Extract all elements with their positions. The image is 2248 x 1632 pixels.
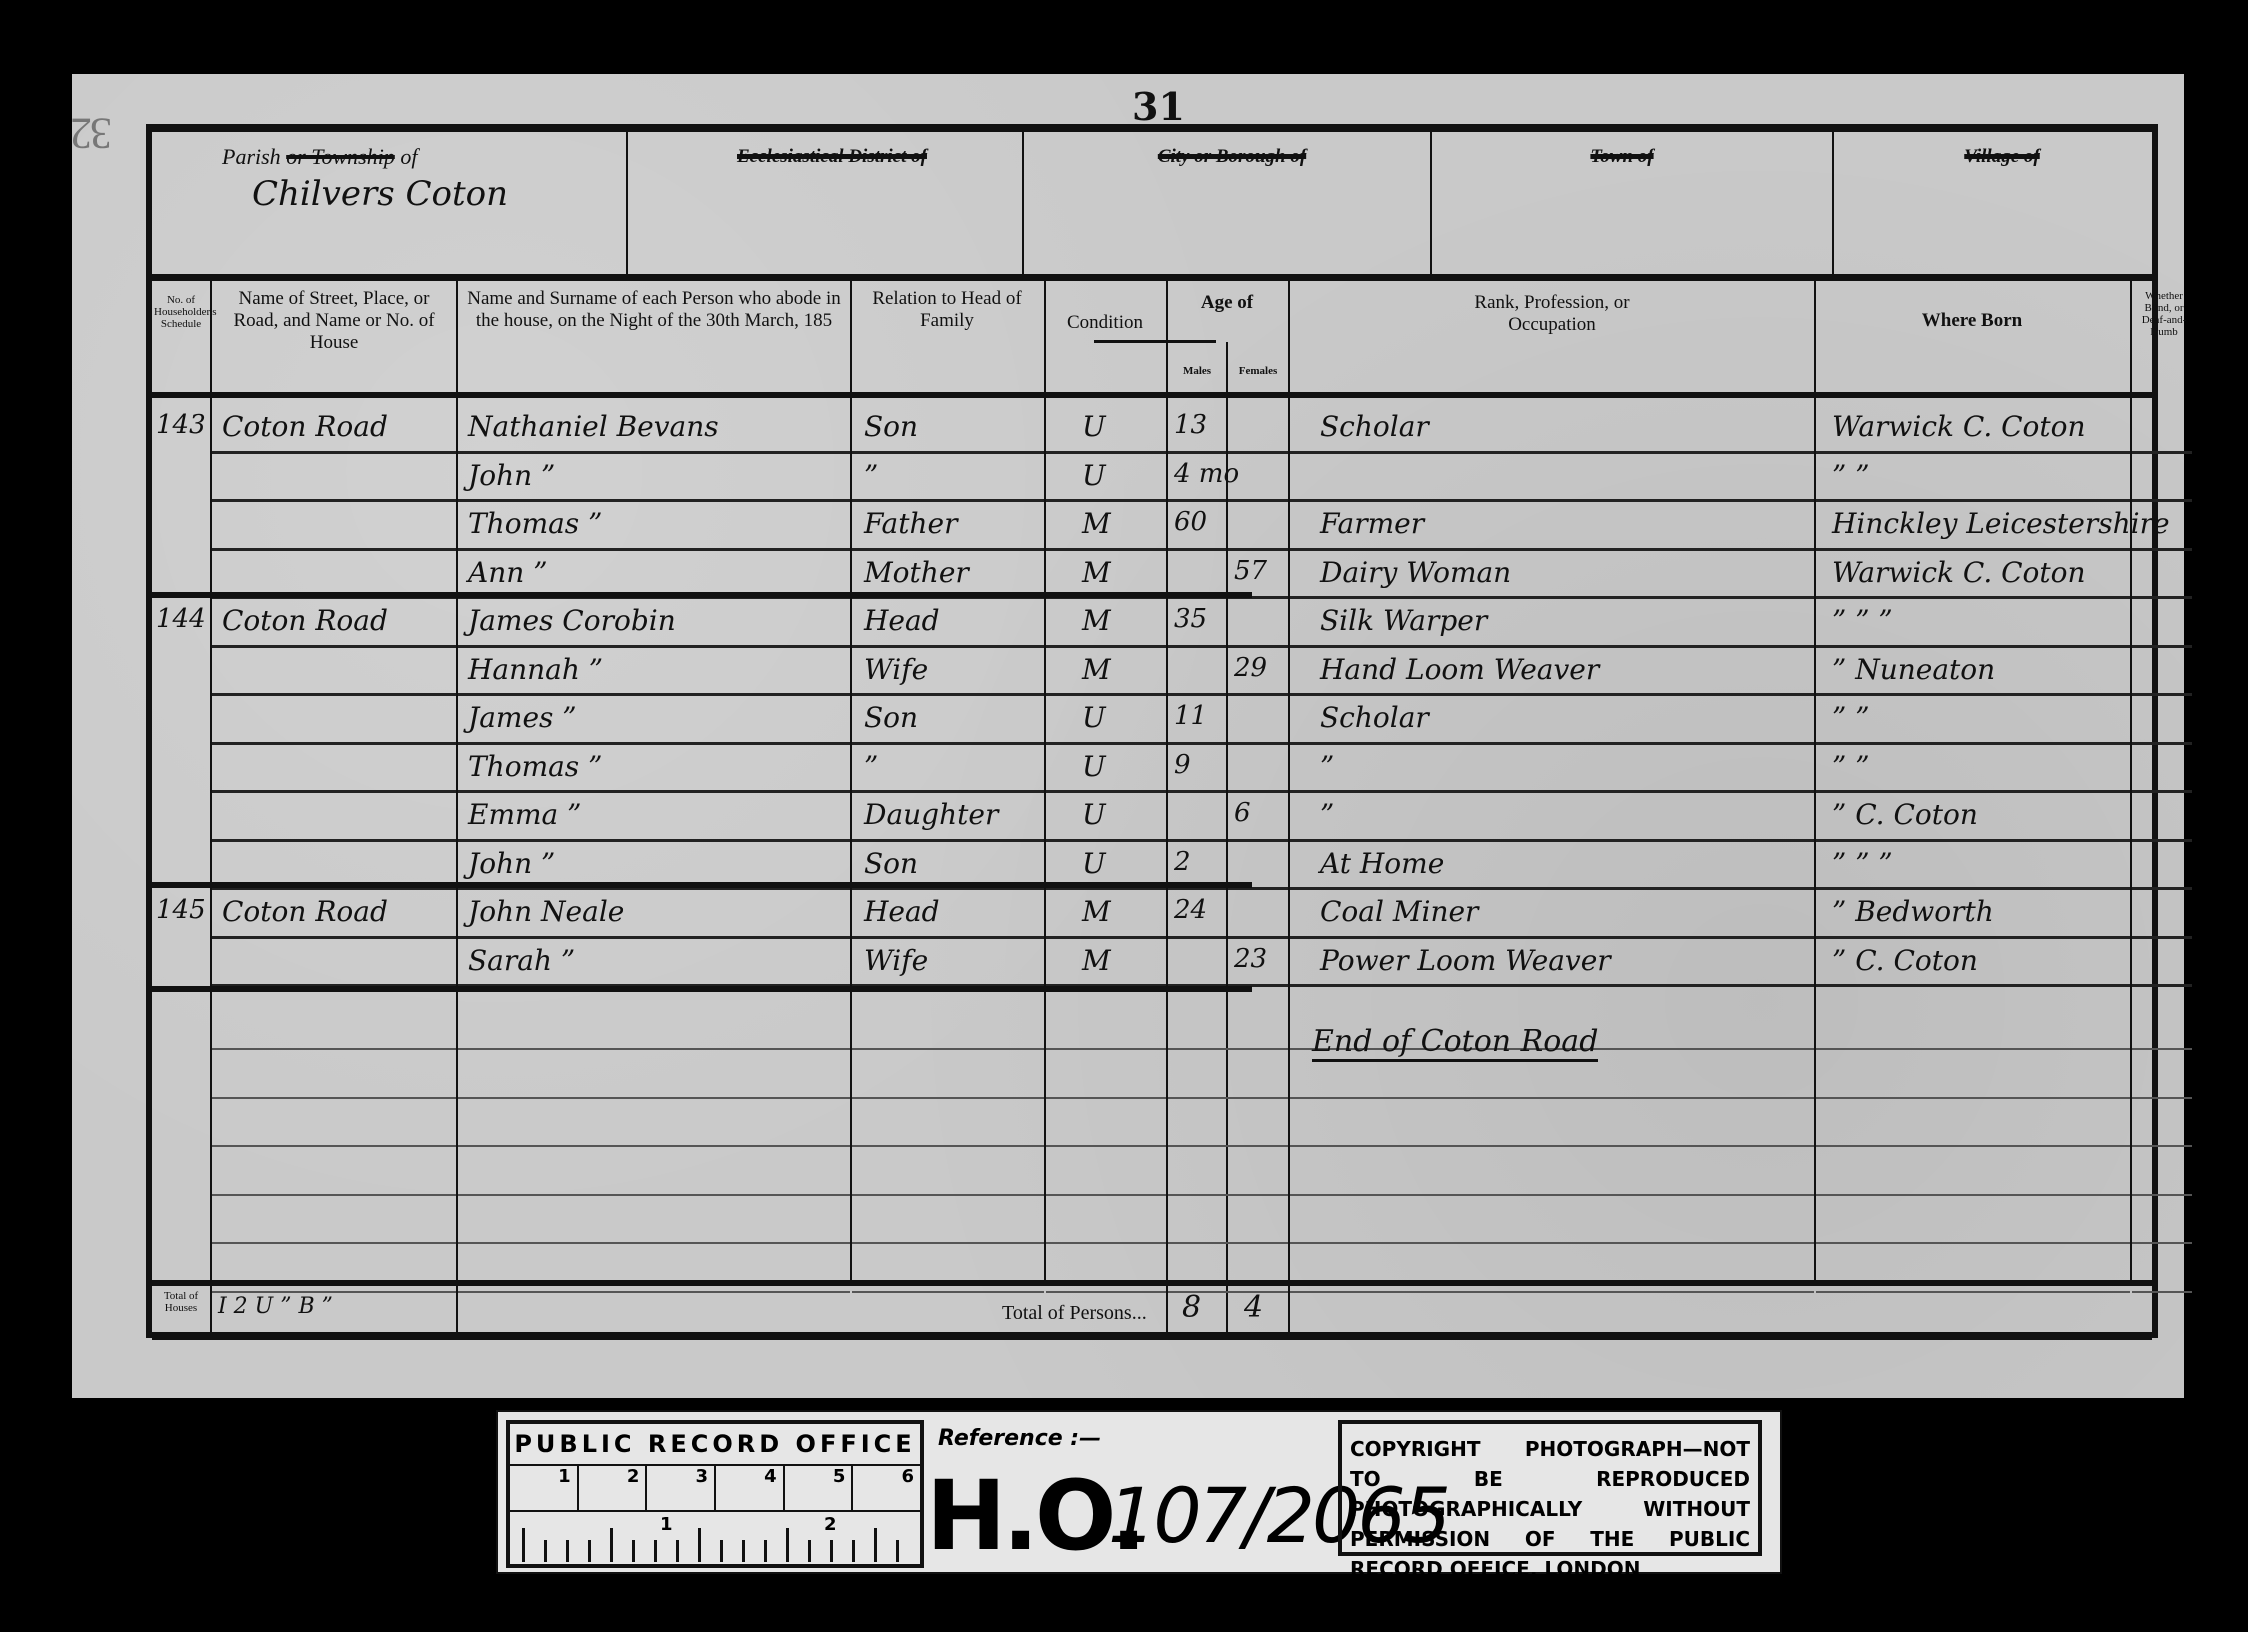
cell-condition: M (1082, 507, 1111, 540)
inch-label-2: 2 (824, 1514, 837, 1535)
ruler-tick (654, 1540, 657, 1562)
cell-occupation: At Home (1320, 847, 1444, 880)
cell-schedule: 144 (156, 604, 206, 634)
cell-relation: Father (864, 507, 957, 540)
scale-cm-6: 6 (853, 1466, 920, 1510)
cell-age-m: 35 (1174, 604, 1207, 634)
cell-name: Emma ” (468, 798, 581, 831)
cell-occupation: ” (1320, 798, 1334, 831)
inch-ticks: 1 2 (510, 1512, 920, 1562)
cell-name: Ann ” (468, 556, 548, 589)
cell-age-m: 4 mo (1174, 459, 1239, 489)
ruler-tick (632, 1540, 635, 1562)
cell-age-m: 11 (1174, 701, 1207, 731)
folio-number: 31 (1132, 84, 1185, 129)
cell-name: John Neale (468, 895, 624, 928)
cell-born: Warwick C. Coton (1832, 410, 2086, 443)
ruler-tick (544, 1540, 547, 1562)
cell-address: Coton Road (222, 895, 388, 928)
end-of-road-note: End of Coton Road (1312, 1024, 1598, 1062)
cell-born: ” ” (1832, 750, 1870, 783)
cell-condition: M (1082, 556, 1111, 589)
cell-occupation: Power Loom Weaver (1320, 944, 1611, 977)
cell-born: ” Bedworth (1832, 895, 1994, 928)
office-title: PUBLIC RECORD OFFICE (510, 1424, 920, 1466)
cell-condition: U (1082, 847, 1106, 880)
col-age-females: Females (1228, 360, 1288, 382)
cell-age-m: 24 (1174, 895, 1207, 925)
cell-condition: M (1082, 895, 1111, 928)
cell-occupation: Hand Loom Weaver (1320, 653, 1599, 686)
cell-name: James Corobin (468, 604, 676, 637)
scale-cm-5: 5 (785, 1466, 854, 1510)
cell-occupation: Scholar (1320, 410, 1429, 443)
ruler-tick (764, 1540, 767, 1562)
cell-age-f: 6 (1234, 798, 1251, 828)
ruler-tick (852, 1540, 855, 1562)
cell-condition: M (1082, 944, 1111, 977)
total-houses-label: Total of Houses (154, 1290, 208, 1314)
public-record-office-label: PUBLIC RECORD OFFICE 1 2 3 4 5 6 1 2 Ref… (496, 1410, 1782, 1574)
cell-age-m: 2 (1174, 847, 1191, 877)
cell-occupation: Farmer (1320, 507, 1424, 540)
cell-born: ” C. Coton (1832, 944, 1978, 977)
scale-ruler: PUBLIC RECORD OFFICE 1 2 3 4 5 6 1 2 (506, 1420, 924, 1568)
cell-condition: U (1082, 410, 1106, 443)
cell-name: John ” (468, 459, 555, 492)
ruler-tick (896, 1540, 899, 1562)
ruler-tick (742, 1540, 745, 1562)
cell-relation: Mother (864, 556, 969, 589)
cell-born: Warwick C. Coton (1832, 556, 2086, 589)
reference-label: Reference :— (938, 1426, 1101, 1451)
ruler-tick (720, 1540, 723, 1562)
cell-relation: Head (864, 895, 940, 928)
cell-born: ” ” (1832, 459, 1870, 492)
cell-condition: U (1082, 701, 1106, 734)
cell-born: Hinckley Leicestershire (1832, 507, 2170, 540)
cell-age-m: 9 (1174, 750, 1191, 780)
cell-address: Coton Road (222, 410, 388, 443)
ruler-tick (566, 1540, 569, 1562)
col-name: Name and Surname of each Person who abod… (462, 288, 846, 332)
ruler-tick (786, 1528, 789, 1562)
village-box: Village of (1932, 146, 2072, 168)
cell-occupation: Coal Miner (1320, 895, 1478, 928)
ruler-tick (610, 1528, 613, 1562)
cell-relation: ” (864, 750, 878, 783)
census-page: 32 31 Parish or Township of Chilvers Cot… (72, 74, 2184, 1398)
stamped-page-number: 32 (72, 108, 112, 159)
cell-born: ” Nuneaton (1832, 653, 1995, 686)
cell-name: Hannah ” (468, 653, 603, 686)
cell-schedule: 143 (156, 410, 206, 440)
cell-name: James ” (468, 701, 577, 734)
cell-age-f: 23 (1234, 944, 1267, 974)
cell-born: ” ” ” (1832, 847, 1893, 880)
cell-condition: M (1082, 604, 1111, 637)
col-schedule-no: No. of Householder's Schedule (154, 294, 208, 330)
ruler-tick (698, 1528, 701, 1562)
cell-name: Sarah ” (468, 944, 575, 977)
census-form: Parish or Township of Chilvers Coton Ecc… (146, 124, 2158, 1338)
town-box: Town of (1552, 146, 1692, 168)
cell-condition: U (1082, 459, 1106, 492)
scale-cm-1: 1 (510, 1466, 579, 1510)
ruler-tick (808, 1540, 811, 1562)
cell-name: Nathaniel Bevans (468, 410, 719, 443)
cell-schedule: 145 (156, 895, 206, 925)
cell-address: Coton Road (222, 604, 388, 637)
cell-age-m: 60 (1174, 507, 1207, 537)
scale-cm-3: 3 (647, 1466, 716, 1510)
cell-condition: M (1082, 653, 1111, 686)
cell-age-m: 13 (1174, 410, 1207, 440)
col-address: Name of Street, Place, or Road, and Name… (218, 288, 450, 354)
cell-condition: U (1082, 750, 1106, 783)
parish-box: Parish or Township of (222, 146, 522, 170)
cell-born: ” C. Coton (1832, 798, 1978, 831)
col-where-born: Where Born (1822, 310, 2122, 332)
cell-name: John ” (468, 847, 555, 880)
col-blind-deaf: Whether Blind, or Deaf-and-Dumb (2134, 290, 2194, 338)
city-borough-box: City or Borough of (1102, 146, 1362, 168)
col-occupation: Rank, Profession, or Occupation (1442, 292, 1662, 336)
cell-name: Thomas ” (468, 750, 602, 783)
cell-name: Thomas ” (468, 507, 602, 540)
copyright-notice: COPYRIGHT PHOTOGRAPH—NOT TO BE REPRODUCE… (1338, 1420, 1762, 1556)
cell-relation: ” (864, 459, 878, 492)
scale-cm-4: 4 (716, 1466, 785, 1510)
ruler-tick (676, 1540, 679, 1562)
ruler-tick (874, 1528, 877, 1562)
cell-occupation: Scholar (1320, 701, 1429, 734)
cell-occupation: Dairy Woman (1320, 556, 1511, 589)
col-condition: Condition (1046, 312, 1164, 334)
cell-occupation: ” (1320, 750, 1334, 783)
cell-condition: U (1082, 798, 1106, 831)
cell-relation: Son (864, 410, 918, 443)
total-persons-label: Total of Persons... (1002, 1302, 1147, 1325)
inch-label-1: 1 (660, 1514, 673, 1535)
total-females: 4 (1244, 1290, 1263, 1325)
ruler-tick (588, 1540, 591, 1562)
col-age-males: Males (1168, 360, 1226, 382)
cell-born: ” ” (1832, 701, 1870, 734)
cell-born: ” ” ” (1832, 604, 1893, 637)
cell-age-f: 29 (1234, 653, 1267, 683)
cell-relation: Wife (864, 944, 928, 977)
cell-relation: Head (864, 604, 940, 637)
parish-value: Chilvers Coton (252, 174, 508, 214)
ecclesiastical-district-box: Ecclesiastical District of (692, 146, 972, 168)
col-relation: Relation to Head of Family (854, 288, 1040, 332)
cell-relation: Daughter (864, 798, 998, 831)
scale-cm-2: 2 (579, 1466, 648, 1510)
cell-relation: Son (864, 847, 918, 880)
cell-relation: Son (864, 701, 918, 734)
cell-occupation: Silk Warper (1320, 604, 1487, 637)
ruler-tick (522, 1528, 525, 1562)
ruler-tick (830, 1540, 833, 1562)
total-houses-value: I 2 U ” B ” (218, 1294, 333, 1319)
col-age: Age of (1168, 292, 1286, 314)
total-males: 8 (1182, 1290, 1201, 1325)
cell-age-f: 57 (1234, 556, 1267, 586)
cell-relation: Wife (864, 653, 928, 686)
